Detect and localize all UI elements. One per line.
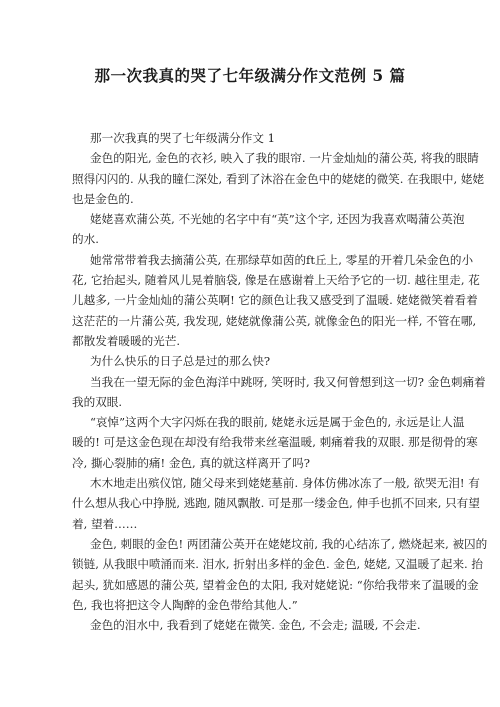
text-line: 起头, 犹如感恩的蒲公英, 望着金色的太阳, 我对姥姥说: “你给我带来了温暖的… — [72, 575, 428, 595]
paragraph-3: 她常常带着我去摘蒲公英, 在那绿草如茵的ft丘上, 零星的开着几朵金色的小 花,… — [72, 250, 428, 351]
text-line: 色, 我也将把这令人陶醉的金色带给其他人.” — [72, 595, 428, 615]
text-line: “哀悼”这两个大字闪烁在我的眼前, 姥姥永远是属于金色的, 永远是让人温 — [72, 412, 428, 432]
text-line: 金色, 刺眼的金色! 两团蒲公英开在姥姥坟前, 我的心结冻了, 燃烧起来, 被囚… — [72, 534, 428, 554]
text-line: 冷, 撕心裂肺的痛! 金色, 真的就这样离开了吗? — [72, 453, 428, 473]
text-line: 金色的阳光, 金色的衣衫, 映入了我的眼帘. 一片金灿灿的蒲公英, 将我的眼睛 — [72, 148, 428, 168]
text-line: 照得闪闪的. 从我的瞳仁深处, 看到了沐浴在金色中的姥姥的微笑. 在我眼中, 姥… — [72, 169, 428, 189]
paragraph-1: 金色的阳光, 金色的衣衫, 映入了我的眼帘. 一片金灿灿的蒲公英, 将我的眼睛 … — [72, 148, 428, 209]
paragraph-9: 金色的泪水中, 我看到了姥姥在微笑. 金色, 不会走; 温暖, 不会走. — [72, 615, 428, 635]
text-line: 为什么快乐的日子总是过的那么快? — [72, 351, 428, 371]
paragraph-4: 为什么快乐的日子总是过的那么快? — [72, 351, 428, 371]
text-line: 姥姥喜欢蒲公英, 不光她的名字中有“英”这个字, 还因为我喜欢喝蒲公英泡 — [72, 209, 428, 229]
document-title: 那一次我真的哭了七年级满分作文范例 5 篇 — [0, 64, 500, 86]
text-line: 都散发着暖暖的光芒. — [72, 331, 428, 351]
document-page: 那一次我真的哭了七年级满分作文范例 5 篇 那一次我真的哭了七年级满分作文 1 … — [0, 0, 500, 707]
paragraph-7: 木木地走出殡仪馆, 随父母来到姥姥墓前. 身体仿佛冰冻了一般, 欲哭无泪! 有 … — [72, 473, 428, 534]
essay-subtitle: 那一次我真的哭了七年级满分作文 1 — [72, 128, 428, 148]
text-line: 锁链, 从我眼中喷涌而来. 泪水, 折射出多样的金色. 金色, 姥姥, 又温暖了… — [72, 554, 428, 574]
paragraph-8: 金色, 刺眼的金色! 两团蒲公英开在姥姥坟前, 我的心结冻了, 燃烧起来, 被囚… — [72, 534, 428, 615]
text-line: 儿越多, 一片金灿灿的蒲公英啊! 它的颜色让我又感受到了温暖. 姥姥微笑着看着 — [72, 290, 428, 310]
text-line: 暖的! 可是这金色现在却没有给我带来丝毫温暖, 刺痛着我的双眼. 那是彻骨的寒 — [72, 432, 428, 452]
text-line: 那一次我真的哭了七年级满分作文 1 — [72, 128, 428, 148]
paragraph-2: 姥姥喜欢蒲公英, 不光她的名字中有“英”这个字, 还因为我喜欢喝蒲公英泡 的水. — [72, 209, 428, 250]
text-line: 的水. — [72, 229, 428, 249]
text-line: 着, 望着…… — [72, 514, 428, 534]
paragraph-6: “哀悼”这两个大字闪烁在我的眼前, 姥姥永远是属于金色的, 永远是让人温 暖的!… — [72, 412, 428, 473]
text-line: 这茫茫的一片蒲公英, 我发现, 姥姥就像蒲公英, 就像金色的阳光一样, 不管在哪… — [72, 311, 428, 331]
text-line: 当我在一望无际的金色海洋中跳呀, 笑呀时, 我又何曾想到这一切? 金色刺痛着 — [72, 372, 428, 392]
paragraph-5: 当我在一望无际的金色海洋中跳呀, 笑呀时, 我又何曾想到这一切? 金色刺痛着 我… — [72, 372, 428, 413]
text-line: 木木地走出殡仪馆, 随父母来到姥姥墓前. 身体仿佛冰冻了一般, 欲哭无泪! 有 — [72, 473, 428, 493]
text-line: 什么想从我心中挣脱, 逃跑, 随风飘散. 可是那一缕金色, 伸手也抓不回来, 只… — [72, 493, 428, 513]
text-line: 我的双眼. — [72, 392, 428, 412]
text-line: 也是金色的. — [72, 189, 428, 209]
text-line: 花, 它抬起头, 随着风儿晃着脑袋, 像是在感谢着上天给予它的一切. 越往里走,… — [72, 270, 428, 290]
text-line: 金色的泪水中, 我看到了姥姥在微笑. 金色, 不会走; 温暖, 不会走. — [72, 615, 428, 635]
text-line: 她常常带着我去摘蒲公英, 在那绿草如茵的ft丘上, 零星的开着几朵金色的小 — [72, 250, 428, 270]
document-body: 那一次我真的哭了七年级满分作文 1 金色的阳光, 金色的衣衫, 映入了我的眼帘.… — [72, 128, 428, 635]
